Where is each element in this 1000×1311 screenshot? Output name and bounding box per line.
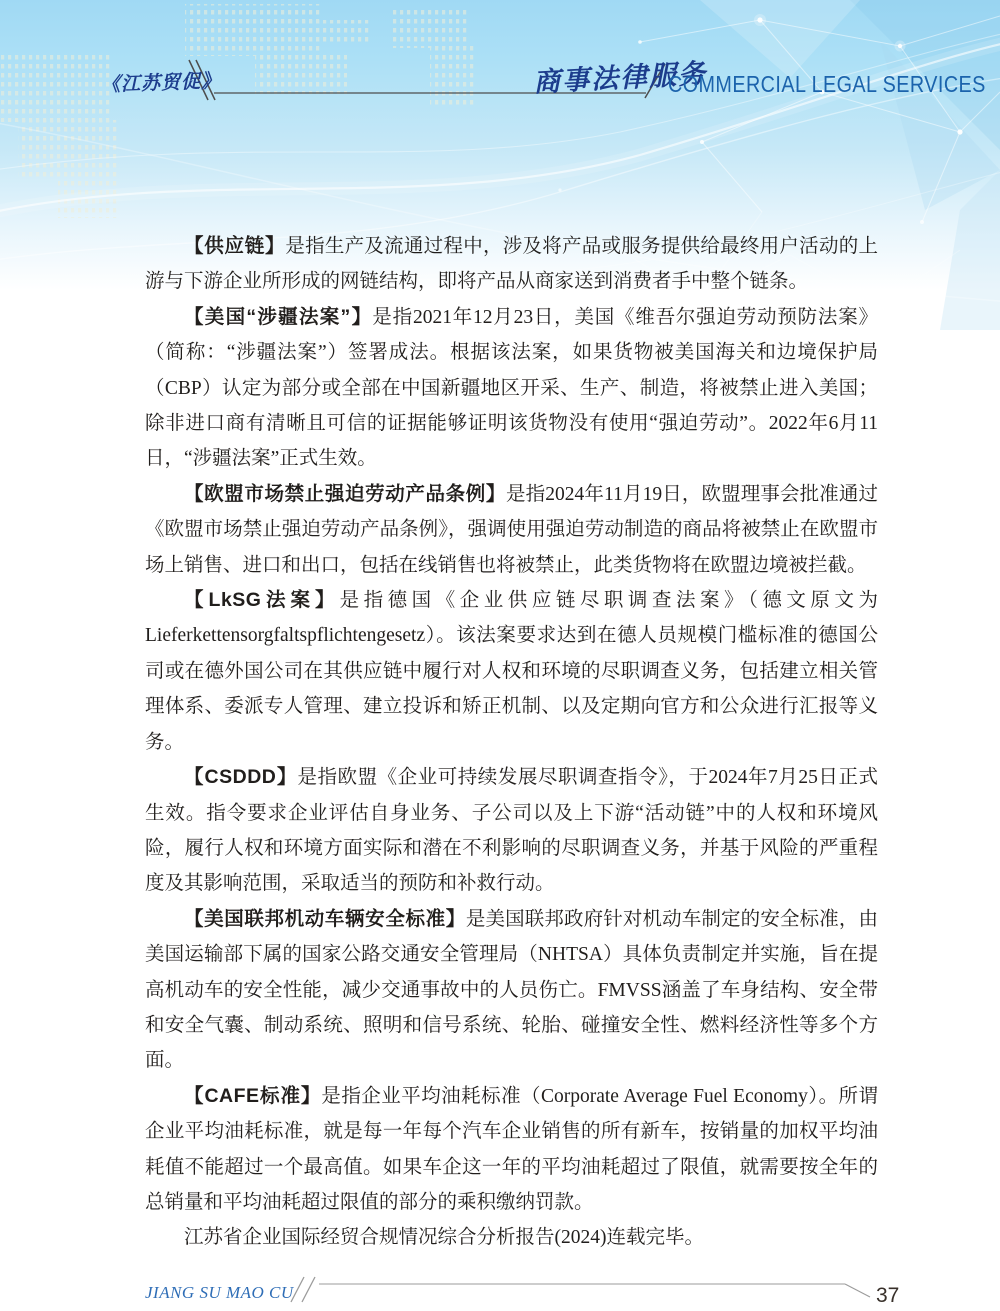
- article-body: 【供应链】是指生产及流通过程中，涉及将产品或服务提供给最终用户活动的上游与下游企…: [145, 229, 878, 1256]
- glossary-entry: 【欧盟市场禁止强迫劳动产品条例】是指2024年11月19日，欧盟理事会批准通过《…: [145, 477, 878, 583]
- glossary-term: 【供应链】: [184, 235, 285, 257]
- glossary-term: 【欧盟市场禁止强迫劳动产品条例】: [184, 483, 506, 505]
- page-number: 37: [876, 1284, 899, 1308]
- glossary-term: 【美国联邦机动车辆安全标准】: [184, 908, 466, 930]
- glossary-definition: 是指德国《企业供应链尽职调查法案》（德文原文为Lieferkettensorgf…: [145, 590, 878, 753]
- glossary-definition: 是指2021年12月23日，美国《维吾尔强迫劳动预防法案》（简称：“涉疆法案”）…: [145, 307, 878, 470]
- glossary-entry: 【供应链】是指生产及流通过程中，涉及将产品或服务提供给最终用户活动的上游与下游企…: [145, 229, 878, 300]
- glossary-entry: 【CAFE标准】是指企业平均油耗标准（Corporate Average Fue…: [145, 1079, 878, 1221]
- glossary-entry: 【美国“涉疆法案”】是指2021年12月23日，美国《维吾尔强迫劳动预防法案》（…: [145, 300, 878, 477]
- glossary-entry: 【美国联邦机动车辆安全标准】是美国联邦政府针对机动车制定的安全标准，由美国运输部…: [145, 902, 878, 1079]
- glossary-definition: 是美国联邦政府针对机动车制定的安全标准，由美国运输部下属的国家公路交通安全管理局…: [145, 909, 878, 1072]
- section-title-en: COMMERCIAL LEGAL SERVICES: [668, 71, 986, 98]
- footer-slash-icon: [302, 1277, 315, 1302]
- glossary-term: 【LkSG法案】: [184, 589, 340, 611]
- journal-name: 《江苏贸促》: [101, 66, 222, 97]
- closing-note: 江苏省企业国际经贸合规情况综合分析报告(2024)连载完毕。: [145, 1220, 878, 1255]
- magazine-page: 《江苏贸促》 商事法律服务 COMMERCIAL LEGAL SERVICES …: [0, 0, 1000, 1311]
- glossary-entry: 【CSDDD】是指欧盟《企业可持续发展尽职调查指令》，于2024年7月25日正式…: [145, 760, 878, 902]
- glossary-term: 【美国“涉疆法案”】: [184, 306, 372, 328]
- footer-journal-name: JIANG SU MAO CU: [145, 1283, 294, 1303]
- glossary-entry: 【LkSG法案】是指德国《企业供应链尽职调查法案》（德文原文为Lieferket…: [145, 583, 878, 760]
- glossary-term: 【CAFE标准】: [184, 1085, 321, 1107]
- glossary-term: 【CSDDD】: [184, 766, 297, 788]
